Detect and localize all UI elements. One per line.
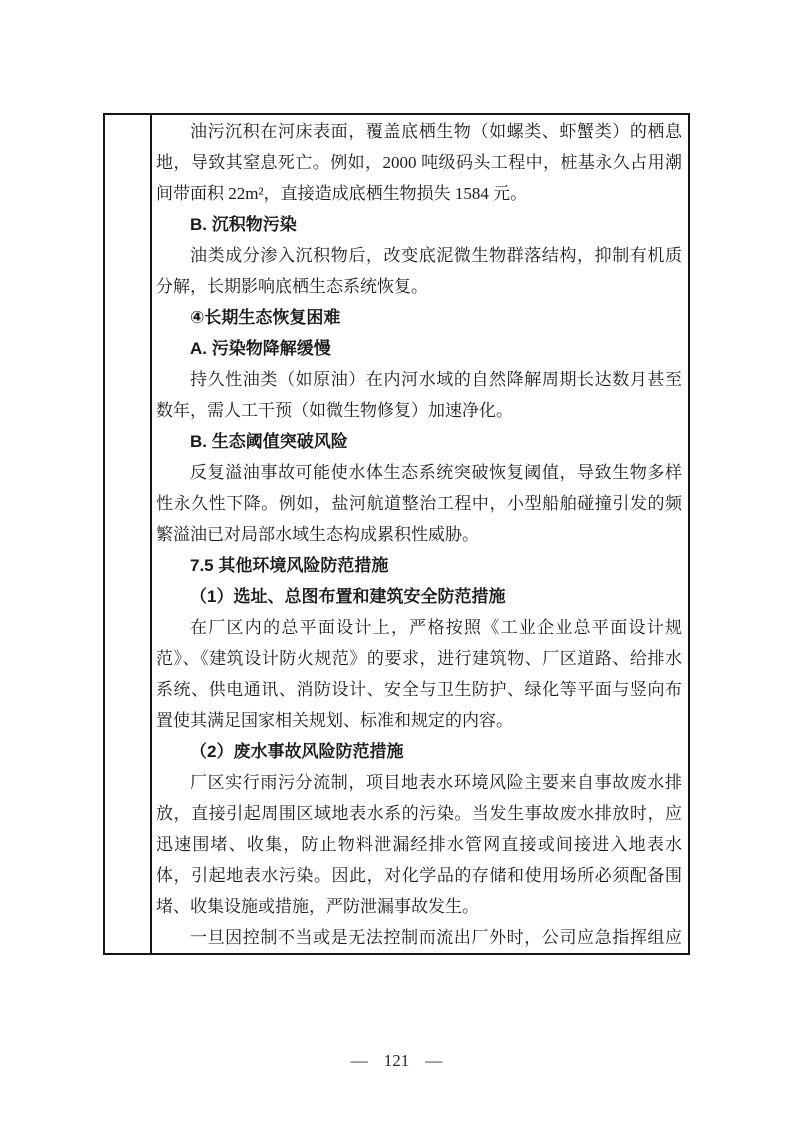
heading-b-sediment-pollution: B. 沉积物污染: [156, 209, 682, 240]
table-content-column: 油污沉积在河床表面，覆盖底栖生物（如螺类、虾蟹类）的栖息地，导致其窒息死亡。例如…: [152, 115, 688, 953]
paragraph-oil-deposition: 油污沉积在河床表面，覆盖底栖生物（如螺类、虾蟹类）的栖息地，导致其窒息死亡。例如…: [156, 116, 682, 209]
heading-2-wastewater-risk: （2）废水事故风险防范措施: [156, 736, 682, 767]
page-number: 121: [384, 1048, 410, 1074]
heading-a-slow-degradation: A. 污染物降解缓慢: [156, 333, 682, 364]
table-left-column: [105, 115, 152, 953]
heading-7-5-other-measures: 7.5 其他环境风险防范措施: [156, 550, 682, 581]
paragraph-plant-layout: 在厂区内的总平面设计上，严格按照《工业企业总平面设计规范》、《建筑设计防火规范》…: [156, 612, 682, 736]
paragraph-repeated-spills: 反复溢油事故可能使水体生态系统突破恢复阈值，导致生物多样性永久性下降。例如，盐河…: [156, 457, 682, 550]
footer-dash-right: —: [425, 1048, 442, 1074]
paragraph-emergency-command: 一旦因控制不当或是无法控制而流出厂外时，公司应急指挥组应第一时: [156, 922, 682, 953]
heading-1-site-selection: （1）选址、总图布置和建筑安全防范措施: [156, 581, 682, 612]
paragraph-persistent-oils: 持久性油类（如原油）在内河水域的自然降解周期长达数月甚至数年，需人工干预（如微生…: [156, 364, 682, 426]
paragraph-rain-sewage-system: 厂区实行雨污分流制，项目地表水环境风险主要来自事故废水排放，直接引起周围区域地表…: [156, 767, 682, 922]
paragraph-oil-components: 油类成分渗入沉积物后，改变底泥微生物群落结构，抑制有机质分解，长期影响底栖生态系…: [156, 240, 682, 302]
heading-4-long-term-recovery: ④长期生态恢复困难: [156, 302, 682, 333]
document-page: 油污沉积在河床表面，覆盖底栖生物（如螺类、虾蟹类）的栖息地，导致其窒息死亡。例如…: [0, 0, 793, 1122]
page-footer: —121—: [0, 1048, 793, 1074]
document-table: 油污沉积在河床表面，覆盖底栖生物（如螺类、虾蟹类）的栖息地，导致其窒息死亡。例如…: [103, 113, 690, 955]
heading-b-threshold-risk: B. 生态阈值突破风险: [156, 426, 682, 457]
footer-dash-left: —: [351, 1048, 368, 1074]
